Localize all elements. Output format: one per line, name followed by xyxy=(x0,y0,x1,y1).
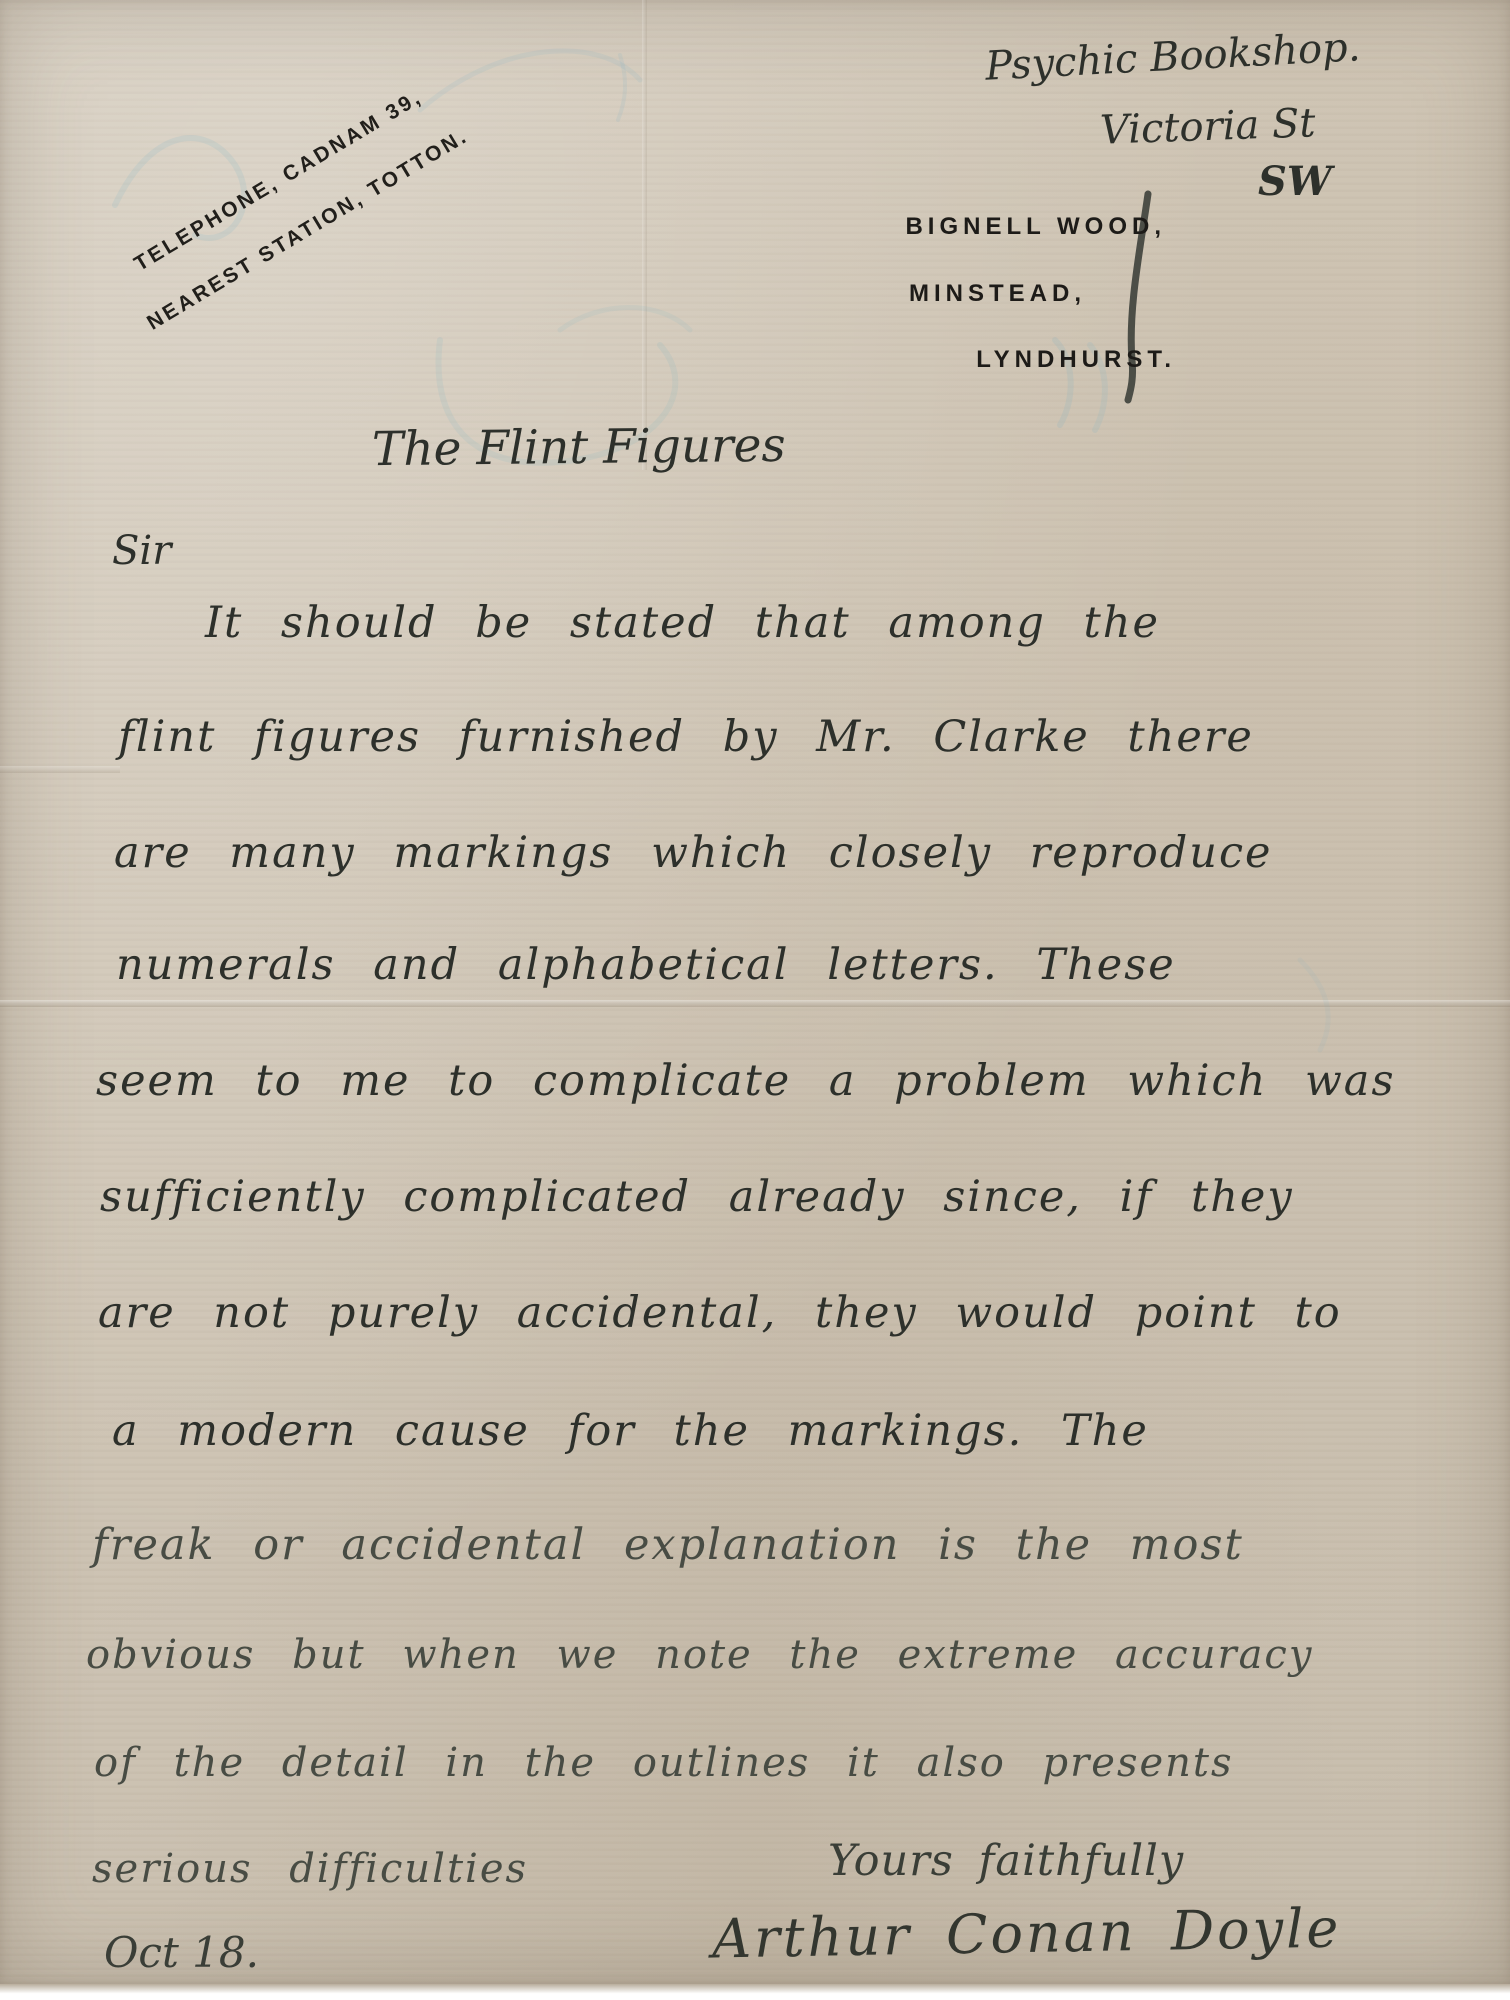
closing-phrase: Yours faithfully xyxy=(828,1836,1184,1886)
letterhead-address-line-2: MINSTEAD, xyxy=(909,280,1086,308)
letterhead-address-line-1: BIGNELL WOOD, xyxy=(905,213,1166,241)
annotation-sw: SW xyxy=(1258,158,1332,205)
body-line: are many markings which closely reproduc… xyxy=(114,828,1272,878)
body-line: freak or accidental explanation is the m… xyxy=(92,1520,1244,1570)
letterhead-address-line-3: LYNDHURST. xyxy=(976,346,1176,374)
vertical-fold-crease xyxy=(642,0,647,470)
scan-bottom-edge xyxy=(0,1984,1510,2000)
body-line: flint figures furnished by Mr. Clarke th… xyxy=(118,712,1254,762)
body-line: a modern cause for the markings. The xyxy=(112,1406,1149,1456)
body-line: of the detail in the outlines it also pr… xyxy=(94,1740,1234,1786)
letter-title: The Flint Figures xyxy=(372,418,786,477)
salutation: Sir xyxy=(112,528,171,574)
scanned-letter-page: TELEPHONE, CADNAM 39, NEAREST STATION, T… xyxy=(0,0,1510,2000)
body-line: serious difficulties xyxy=(92,1846,528,1892)
annotation-victoria-st: Victoria St xyxy=(1099,100,1316,153)
body-line: seem to me to complicate a problem which… xyxy=(96,1056,1396,1106)
horizontal-fold-crease xyxy=(0,1000,1510,1007)
body-line: are not purely accidental, they would po… xyxy=(98,1288,1342,1338)
body-line: numerals and alphabetical letters. These xyxy=(116,940,1176,990)
body-line: obvious but when we note the extreme acc… xyxy=(86,1632,1313,1678)
body-line: sufficiently complicated already since, … xyxy=(100,1172,1294,1222)
letter-date: Oct 18. xyxy=(104,1928,259,1977)
body-line: It should be stated that among the xyxy=(205,598,1160,648)
left-edge-crease xyxy=(0,766,120,773)
signature-arthur-conan-doyle: Arthur Conan Doyle xyxy=(711,1897,1341,1971)
